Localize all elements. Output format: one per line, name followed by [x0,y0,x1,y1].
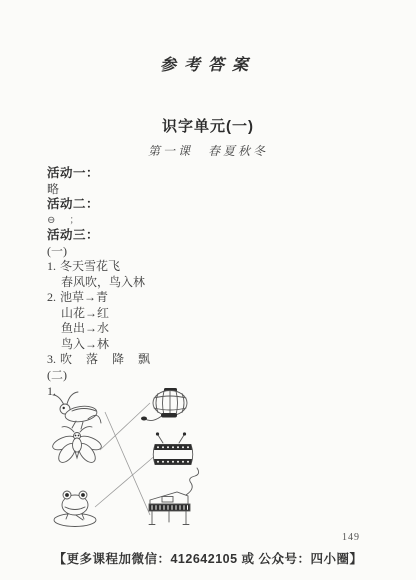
firefly-icon [51,427,103,466]
part1-label: (一) [47,244,287,260]
answers-column: 活动一： 略 活动二： ⊖ ； 活动三： (一) 1.冬天雪花飞 春风吹，鸟入林… [47,166,287,383]
answer-key-page: 参考答案 识字单元(一) 第一课 春夏秋冬 活动一： 略 活动二： ⊖ ； 活动… [0,0,416,580]
match-line-frog-drum [95,454,157,507]
match-line-firefly-lantern [100,403,150,450]
q2-line1: 2.池草→青 [47,290,287,306]
q2-line4: 鸟入→林 [47,337,287,353]
activity1-answer: 略 [47,182,287,198]
matching-exercise-figure [50,383,202,545]
activity2-answer: ⊖ ； [47,213,287,229]
cricket-icon [53,392,101,429]
unit-heading: 识字单元(一) [0,115,416,136]
q2-line3: 鱼出→水 [47,321,287,337]
q3-number: 3. [47,352,60,368]
matching-figure-svg [50,383,202,545]
lesson-heading: 第一课 春夏秋冬 [0,142,416,159]
page-title: 参考答案 [0,52,416,75]
drum-icon [153,432,193,464]
lantern-icon [141,388,187,421]
q2-line2: 山花→红 [47,306,287,322]
frog-icon [54,491,96,527]
footer-promo-text: 【更多课程加微信：412642105 或 公众号：四小圈】 [0,549,416,567]
q1-number: 1. [47,259,60,275]
part2-label: (二) [47,368,287,384]
q1-line2: 春风吹，鸟入林 [47,275,287,291]
q1-line1: 1.冬天雪花飞 [47,259,287,275]
piano-icon [149,468,199,525]
match-line-cricket-piano [105,412,150,515]
activity1-label: 活动一： [47,166,287,182]
activity2-label: 活动二： [47,197,287,213]
activity3-label: 活动三： [47,228,287,244]
q2-number: 2. [47,290,60,306]
page-number: 149 [342,532,360,543]
q3-line: 3.吹 落 降 飘 [47,352,287,368]
